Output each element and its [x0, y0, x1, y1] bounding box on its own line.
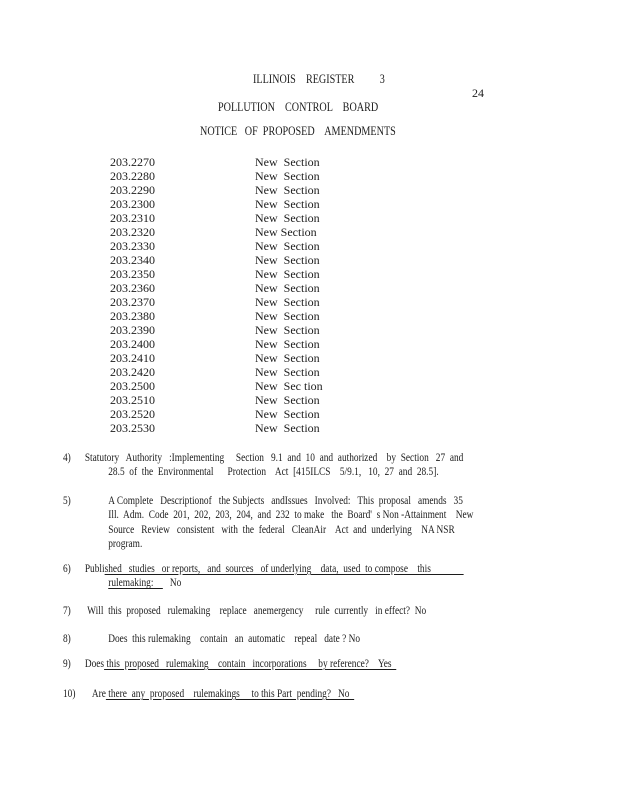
table-row: 203.2300 New Section — [0, 197, 618, 211]
item-number: 9) — [63, 656, 85, 670]
section-code: 203.2380 — [110, 309, 155, 323]
underlined-text: this proposed rulemaking contain incorpo… — [104, 656, 396, 670]
section-code: 203.2300 — [110, 197, 155, 211]
paragraph-8: 8)Does this rulemaking contain an automa… — [63, 631, 618, 645]
underlined-text: there any proposed rulemakings to this P… — [106, 686, 354, 700]
register-header: ILLINOIS REGISTER 3 — [253, 72, 385, 86]
board-header: POLLUTION CONTROL BOARD — [218, 100, 378, 114]
section-code: 203.2330 — [110, 239, 155, 253]
section-code: 203.2340 — [110, 253, 155, 267]
table-row: 203.2310 New Section — [0, 211, 618, 225]
section-action: New Section — [255, 365, 320, 379]
item-number: 6) — [63, 561, 85, 575]
table-row: 203.2510 New Section — [0, 393, 618, 407]
paragraph-5: 5)A Complete Descriptionof the Subjects … — [63, 493, 618, 550]
section-code: 203.2520 — [110, 407, 155, 421]
table-row: 203.2280 New Section — [0, 169, 618, 183]
section-code: 203.2410 — [110, 351, 155, 365]
section-action: New Section — [255, 183, 320, 197]
table-row: 203.2360 New Section — [0, 281, 618, 295]
section-action: New Section — [255, 225, 317, 239]
section-code: 203.2420 — [110, 365, 155, 379]
item-text: Statutory Authority :Implementing Sectio… — [85, 450, 464, 464]
section-code: 203.2400 — [110, 337, 155, 351]
paragraph-10: 10)Are there any proposed rulemakings to… — [63, 686, 618, 700]
item-text: Are — [92, 686, 106, 700]
item-text: A Complete Descriptionof the Subjects an… — [108, 493, 463, 507]
section-code: 203.2270 — [110, 155, 155, 169]
table-row: 203.2330 New Section — [0, 239, 618, 253]
section-code: 203.2530 — [110, 421, 155, 435]
item-text: program. — [63, 536, 601, 550]
section-code: 203.2390 — [110, 323, 155, 337]
table-row: 203.2270 New Section — [0, 155, 618, 169]
item-text: Ill. Adm. Code 201, 202, 203, 204, and 2… — [63, 507, 601, 521]
section-action: New Section — [255, 267, 320, 281]
table-row: 203.2370 New Section — [0, 295, 618, 309]
table-row: 203.2320 New Section — [0, 225, 618, 239]
item-text: Does this rulemaking contain an automati… — [108, 631, 360, 645]
section-action: New Section — [255, 239, 320, 253]
item-text: Does — [85, 656, 104, 670]
section-action: New Section — [255, 323, 320, 337]
section-code: 203.2290 — [110, 183, 155, 197]
section-action: New Section — [255, 351, 320, 365]
table-row: 203.2400 New Section — [0, 337, 618, 351]
item-number: 4) — [63, 450, 85, 464]
section-code: 203.2310 — [110, 211, 155, 225]
answer-text: No — [170, 575, 181, 589]
section-code: 203.2510 — [110, 393, 155, 407]
section-action: New Section — [255, 421, 320, 435]
table-row: 203.2410 New Section — [0, 351, 618, 365]
section-action: New Section — [255, 295, 320, 309]
section-code: 203.2320 — [110, 225, 155, 239]
sections-table: 203.2270 New Section 203.2280 New Sectio… — [0, 155, 618, 435]
item-number: 10) — [63, 686, 92, 700]
paragraph-7: 7)Will this proposed rulemaking replace … — [63, 603, 618, 617]
table-row: 203.2390 New Section — [0, 323, 618, 337]
section-code: 203.2500 — [110, 379, 155, 393]
section-action: New Section — [255, 155, 320, 169]
item-number: 8) — [63, 631, 108, 645]
section-action: New Section — [255, 281, 320, 295]
document-page: ILLINOIS REGISTER 3 24 POLLUTION CONTROL… — [0, 0, 618, 800]
item-text: 28.5 of the Environmental Protection Act… — [63, 464, 601, 478]
table-row: 203.2290 New Section — [0, 183, 618, 197]
section-code: 203.2350 — [110, 267, 155, 281]
table-row: 203.2380 New Section — [0, 309, 618, 323]
item-number: 7) — [63, 603, 87, 617]
paragraph-9: 9)Does this proposed rulemaking contain … — [63, 656, 618, 670]
section-action: New Sec tion — [255, 379, 323, 393]
paragraph-4: 4)Statutory Authority :Implementing Sect… — [63, 450, 618, 479]
section-action: New Section — [255, 337, 320, 351]
item-text: Publi — [85, 561, 105, 575]
section-code: 203.2280 — [110, 169, 155, 183]
underlined-text: rulemaking: — [108, 575, 163, 589]
table-row: 203.2420 New Section — [0, 365, 618, 379]
section-action: New Section — [255, 169, 320, 183]
item-text: Will this proposed rulemaking replace an… — [87, 603, 426, 617]
table-row: 203.2340 New Section — [0, 253, 618, 267]
section-code: 203.2360 — [110, 281, 155, 295]
section-action: New Section — [255, 197, 320, 211]
paragraph-6: 6)Published studies or reports, and sour… — [63, 561, 618, 590]
item-number: 5) — [63, 493, 108, 507]
table-row: 203.2500 New Sec tion — [0, 379, 618, 393]
section-action: New Section — [255, 253, 320, 267]
table-row: 203.2520 New Section — [0, 407, 618, 421]
section-action: New Section — [255, 211, 320, 225]
page-number: 24 — [472, 86, 484, 100]
underlined-text: shed studies or reports, and sources of … — [105, 561, 464, 575]
table-row: 203.2530 New Section — [0, 421, 618, 435]
section-action: New Section — [255, 407, 320, 421]
section-code: 203.2370 — [110, 295, 155, 309]
item-text: Source Review consistent with the federa… — [63, 522, 601, 536]
section-action: New Section — [255, 309, 320, 323]
table-row: 203.2350 New Section — [0, 267, 618, 281]
notice-header: NOTICE OF PROPOSED AMENDMENTS — [200, 124, 396, 138]
section-action: New Section — [255, 393, 320, 407]
